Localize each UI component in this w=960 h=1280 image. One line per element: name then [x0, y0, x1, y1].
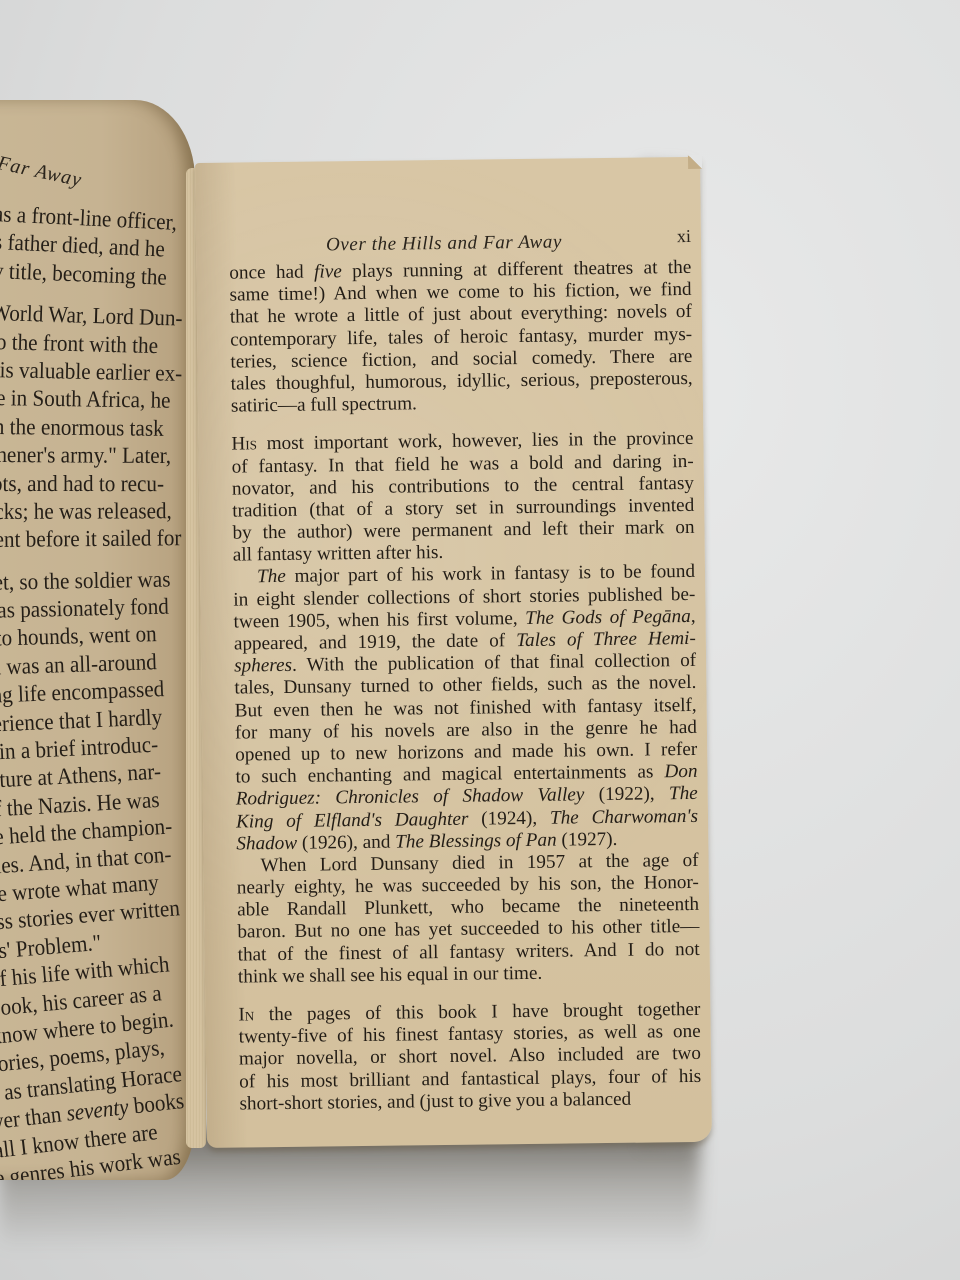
paragraph: In the pages of this book I have brought… [238, 999, 701, 1116]
left-page: Far Away as a front-line officer,s fathe… [0, 100, 195, 1180]
left-text-line: chener's army." Later, [0, 441, 171, 470]
paragraph: The major part of his work in fantasy is… [233, 561, 698, 855]
italic-title: five [314, 261, 342, 282]
page-header: Over the Hills and Far Away xi [226, 230, 696, 260]
italic-title: The Charwoman's [550, 805, 698, 828]
right-page: Over the Hills and Far Away xi once had … [195, 157, 712, 1148]
italic-title: The [669, 783, 698, 804]
italic-title: King of Elfland's Daughter [236, 808, 469, 832]
italic-title: Don [664, 761, 697, 782]
left-text-line: his valuable earlier ex- [0, 356, 173, 388]
left-text-line: to the front with the [0, 328, 174, 361]
running-head: Over the Hills and Far Away [326, 232, 562, 257]
italic-title: Tales of Three Hemi- [516, 628, 696, 651]
left-text-line: re in South Africa, he [0, 384, 173, 415]
italic-title: The [257, 566, 286, 587]
dog-ear-corner [688, 155, 702, 169]
paragraph: once had five plays running at different… [229, 257, 693, 418]
left-page-text: as a front-line officer,s father died, a… [0, 200, 195, 1180]
photo-scene: Far Away as a front-line officer,s fathe… [0, 0, 960, 1280]
italic-title: Shadow [236, 832, 297, 854]
left-text-line: nent before it sailed for [0, 525, 168, 555]
italic-title: Rodriguez: Chronicles of Shadow Valley [236, 785, 585, 810]
left-text-line: in the enormous task [0, 413, 172, 443]
left-running-head: Far Away [0, 152, 84, 192]
italic-title: seventy [65, 1094, 130, 1126]
left-text-line: acks; he was released, [0, 497, 169, 526]
body-text: once had five plays running at different… [229, 257, 701, 1116]
paragraph: His most important work, however, lies i… [231, 428, 695, 567]
italic-title: spheres [234, 655, 292, 677]
left-text-line: iots, and had to recu- [0, 470, 170, 499]
text-line: short-short stories, and (just to give y… [239, 1088, 701, 1116]
page-number: xi [677, 226, 691, 247]
italic-title: The Blessings of Pan [395, 829, 557, 852]
paragraph: When Lord Dunsany died in 1957 at the ag… [236, 850, 700, 989]
italic-title: The Gods of Pegāna [525, 606, 691, 629]
